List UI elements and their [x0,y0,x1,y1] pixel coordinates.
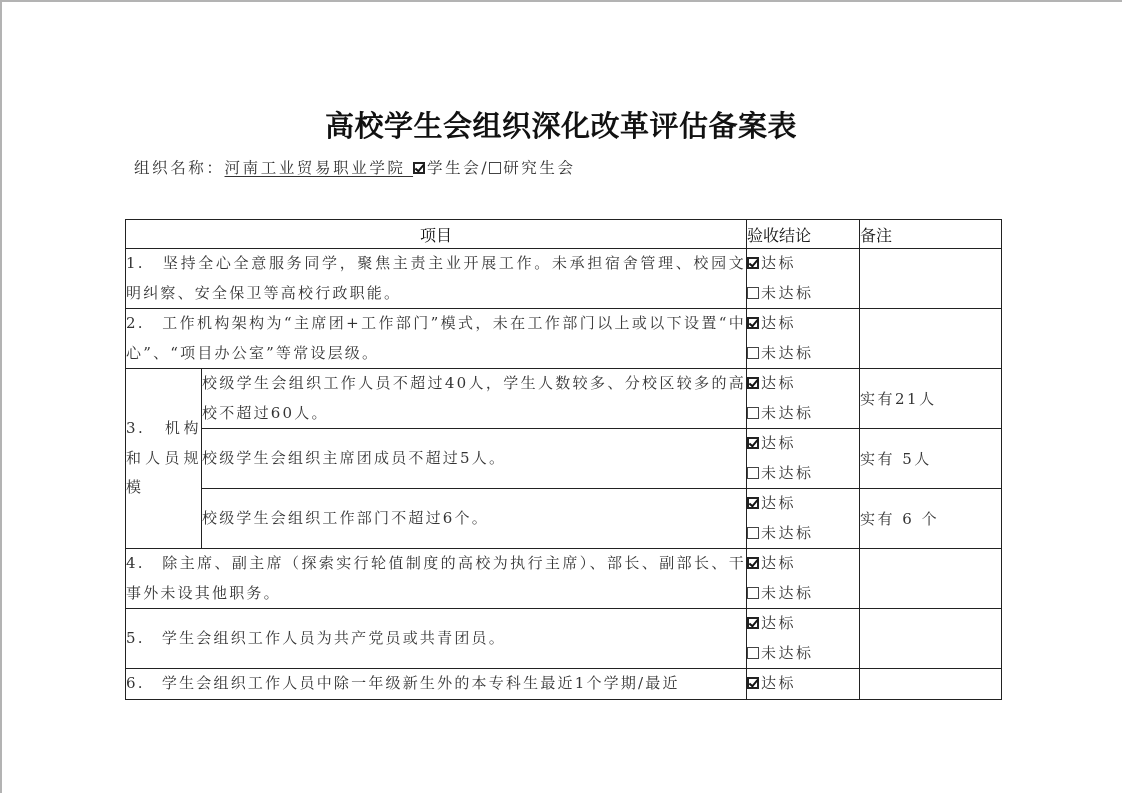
checkbox-unchecked-icon[interactable] [747,587,759,599]
conclusion-cell: 达标 未达标 [747,609,860,669]
remark-cell[interactable] [860,309,1002,369]
row-description: 4. 除主席、副主席（探索实行轮值制度的高校为执行主席）、部长、副部长、干事外未… [126,549,747,609]
conclusion-cell: 达标 未达标 [747,489,860,549]
org-label: 组织名称： [134,159,225,177]
row-description: 校级学生会组织工作人员不超过40人，学生人数较多、分校区较多的高校不超过60人。 [202,369,747,429]
table-row: 6. 学生会组织工作人员中除一年级新生外的本专科生最近1个学期/最近 达标 [126,669,1002,700]
checkbox-checked-icon[interactable] [747,557,759,569]
checkbox-unchecked-icon[interactable] [489,162,501,174]
org-type-student-union: 学生会 [427,159,481,177]
checkbox-checked-icon[interactable] [747,377,759,389]
option-fail[interactable]: 未达标 [747,639,859,669]
conclusion-cell: 达标 未达标 [747,309,860,369]
option-fail[interactable]: 未达标 [747,519,859,549]
table-row: 校级学生会组织工作部门不超过6个。 达标 未达标 实有 6 个 [126,489,1002,549]
option-pass[interactable]: 达标 [747,429,859,459]
option-fail[interactable]: 未达标 [747,579,859,609]
option-fail-label: 未达标 [761,404,814,422]
remark-cell[interactable]: 实有21人 [860,369,1002,429]
row-description: 6. 学生会组织工作人员中除一年级新生外的本专科生最近1个学期/最近 [126,669,747,700]
option-pass-label: 达标 [761,314,796,332]
org-type-graduate-union: 研究生会 [503,159,575,177]
option-pass[interactable]: 达标 [747,249,859,279]
remark-cell[interactable] [860,609,1002,669]
option-fail-label: 未达标 [761,584,814,602]
option-fail[interactable]: 未达标 [747,399,859,429]
remark-cell[interactable] [860,249,1002,309]
group-label: 3. 机构和人员规模 [126,369,202,549]
org-name-field[interactable]: 河南工业贸易职业学院 [225,159,414,177]
checkbox-checked-icon[interactable] [747,617,759,629]
header-conclusion: 验收结论 [747,220,860,249]
option-pass-label: 达标 [761,254,796,272]
option-fail-label: 未达标 [761,524,814,542]
checkbox-checked-icon[interactable] [747,677,759,689]
option-pass-label: 达标 [761,614,796,632]
table-row: 2. 工作机构架构为“主席团+工作部门”模式，未在工作部门以上或以下设置“中心”… [126,309,1002,369]
checkbox-checked-icon[interactable] [747,257,759,269]
row-description: 校级学生会组织主席团成员不超过5人。 [202,429,747,489]
conclusion-cell: 达标 未达标 [747,429,860,489]
remark-cell[interactable] [860,549,1002,609]
option-pass-label: 达标 [761,494,796,512]
checkbox-checked-icon[interactable] [747,497,759,509]
option-pass-label: 达标 [761,374,796,392]
option-pass-label: 达标 [761,674,796,692]
checkbox-unchecked-icon[interactable] [747,647,759,659]
remark-cell[interactable]: 实有 6 个 [860,489,1002,549]
checkbox-unchecked-icon[interactable] [747,467,759,479]
option-fail[interactable]: 未达标 [747,279,859,309]
header-item: 项目 [126,220,747,249]
organization-line: 组织名称：河南工业贸易职业学院 学生会/研究生会 [134,156,576,178]
option-fail-label: 未达标 [761,284,814,302]
option-pass-label: 达标 [761,434,796,452]
option-fail[interactable]: 未达标 [747,459,859,489]
option-fail-label: 未达标 [761,464,814,482]
org-type-separator: / [481,159,489,177]
row-description: 校级学生会组织工作部门不超过6个。 [202,489,747,549]
conclusion-cell: 达标 未达标 [747,549,860,609]
option-pass[interactable]: 达标 [747,669,859,699]
table-row: 5. 学生会组织工作人员为共产党员或共青团员。 达标 未达标 [126,609,1002,669]
row-description: 5. 学生会组织工作人员为共产党员或共青团员。 [126,609,747,669]
checkbox-checked-icon[interactable] [747,437,759,449]
remark-cell[interactable] [860,669,1002,700]
row-description: 2. 工作机构架构为“主席团+工作部门”模式，未在工作部门以上或以下设置“中心”… [126,309,747,369]
evaluation-table: 项目 验收结论 备注 1. 坚持全心全意服务同学，聚焦主责主业开展工作。未承担宿… [125,219,1002,700]
option-pass-label: 达标 [761,554,796,572]
remark-cell[interactable]: 实有 5人 [860,429,1002,489]
checkbox-unchecked-icon[interactable] [747,347,759,359]
row-description: 1. 坚持全心全意服务同学，聚焦主责主业开展工作。未承担宿舍管理、校园文明纠察、… [126,249,747,309]
conclusion-cell: 达标 未达标 [747,249,860,309]
table-row: 3. 机构和人员规模 校级学生会组织工作人员不超过40人，学生人数较多、分校区较… [126,369,1002,429]
table-header-row: 项目 验收结论 备注 [126,220,1002,249]
page-border-top [0,0,1122,2]
option-pass[interactable]: 达标 [747,489,859,519]
option-pass[interactable]: 达标 [747,369,859,399]
table-row: 4. 除主席、副主席（探索实行轮值制度的高校为执行主席）、部长、副部长、干事外未… [126,549,1002,609]
conclusion-cell: 达标 [747,669,860,700]
checkbox-unchecked-icon[interactable] [747,287,759,299]
checkbox-checked-icon[interactable] [747,317,759,329]
option-fail-label: 未达标 [761,644,814,662]
page-title: 高校学生会组织深化改革评估备案表 [0,104,1122,145]
checkbox-unchecked-icon[interactable] [747,407,759,419]
option-pass[interactable]: 达标 [747,609,859,639]
option-fail-label: 未达标 [761,344,814,362]
conclusion-cell: 达标 未达标 [747,369,860,429]
option-pass[interactable]: 达标 [747,309,859,339]
checkbox-unchecked-icon[interactable] [747,527,759,539]
table-row: 1. 坚持全心全意服务同学，聚焦主责主业开展工作。未承担宿舍管理、校园文明纠察、… [126,249,1002,309]
checkbox-checked-icon[interactable] [413,162,425,174]
option-fail[interactable]: 未达标 [747,339,859,369]
option-pass[interactable]: 达标 [747,549,859,579]
header-remark: 备注 [860,220,1002,249]
table-row: 校级学生会组织主席团成员不超过5人。 达标 未达标 实有 5人 [126,429,1002,489]
